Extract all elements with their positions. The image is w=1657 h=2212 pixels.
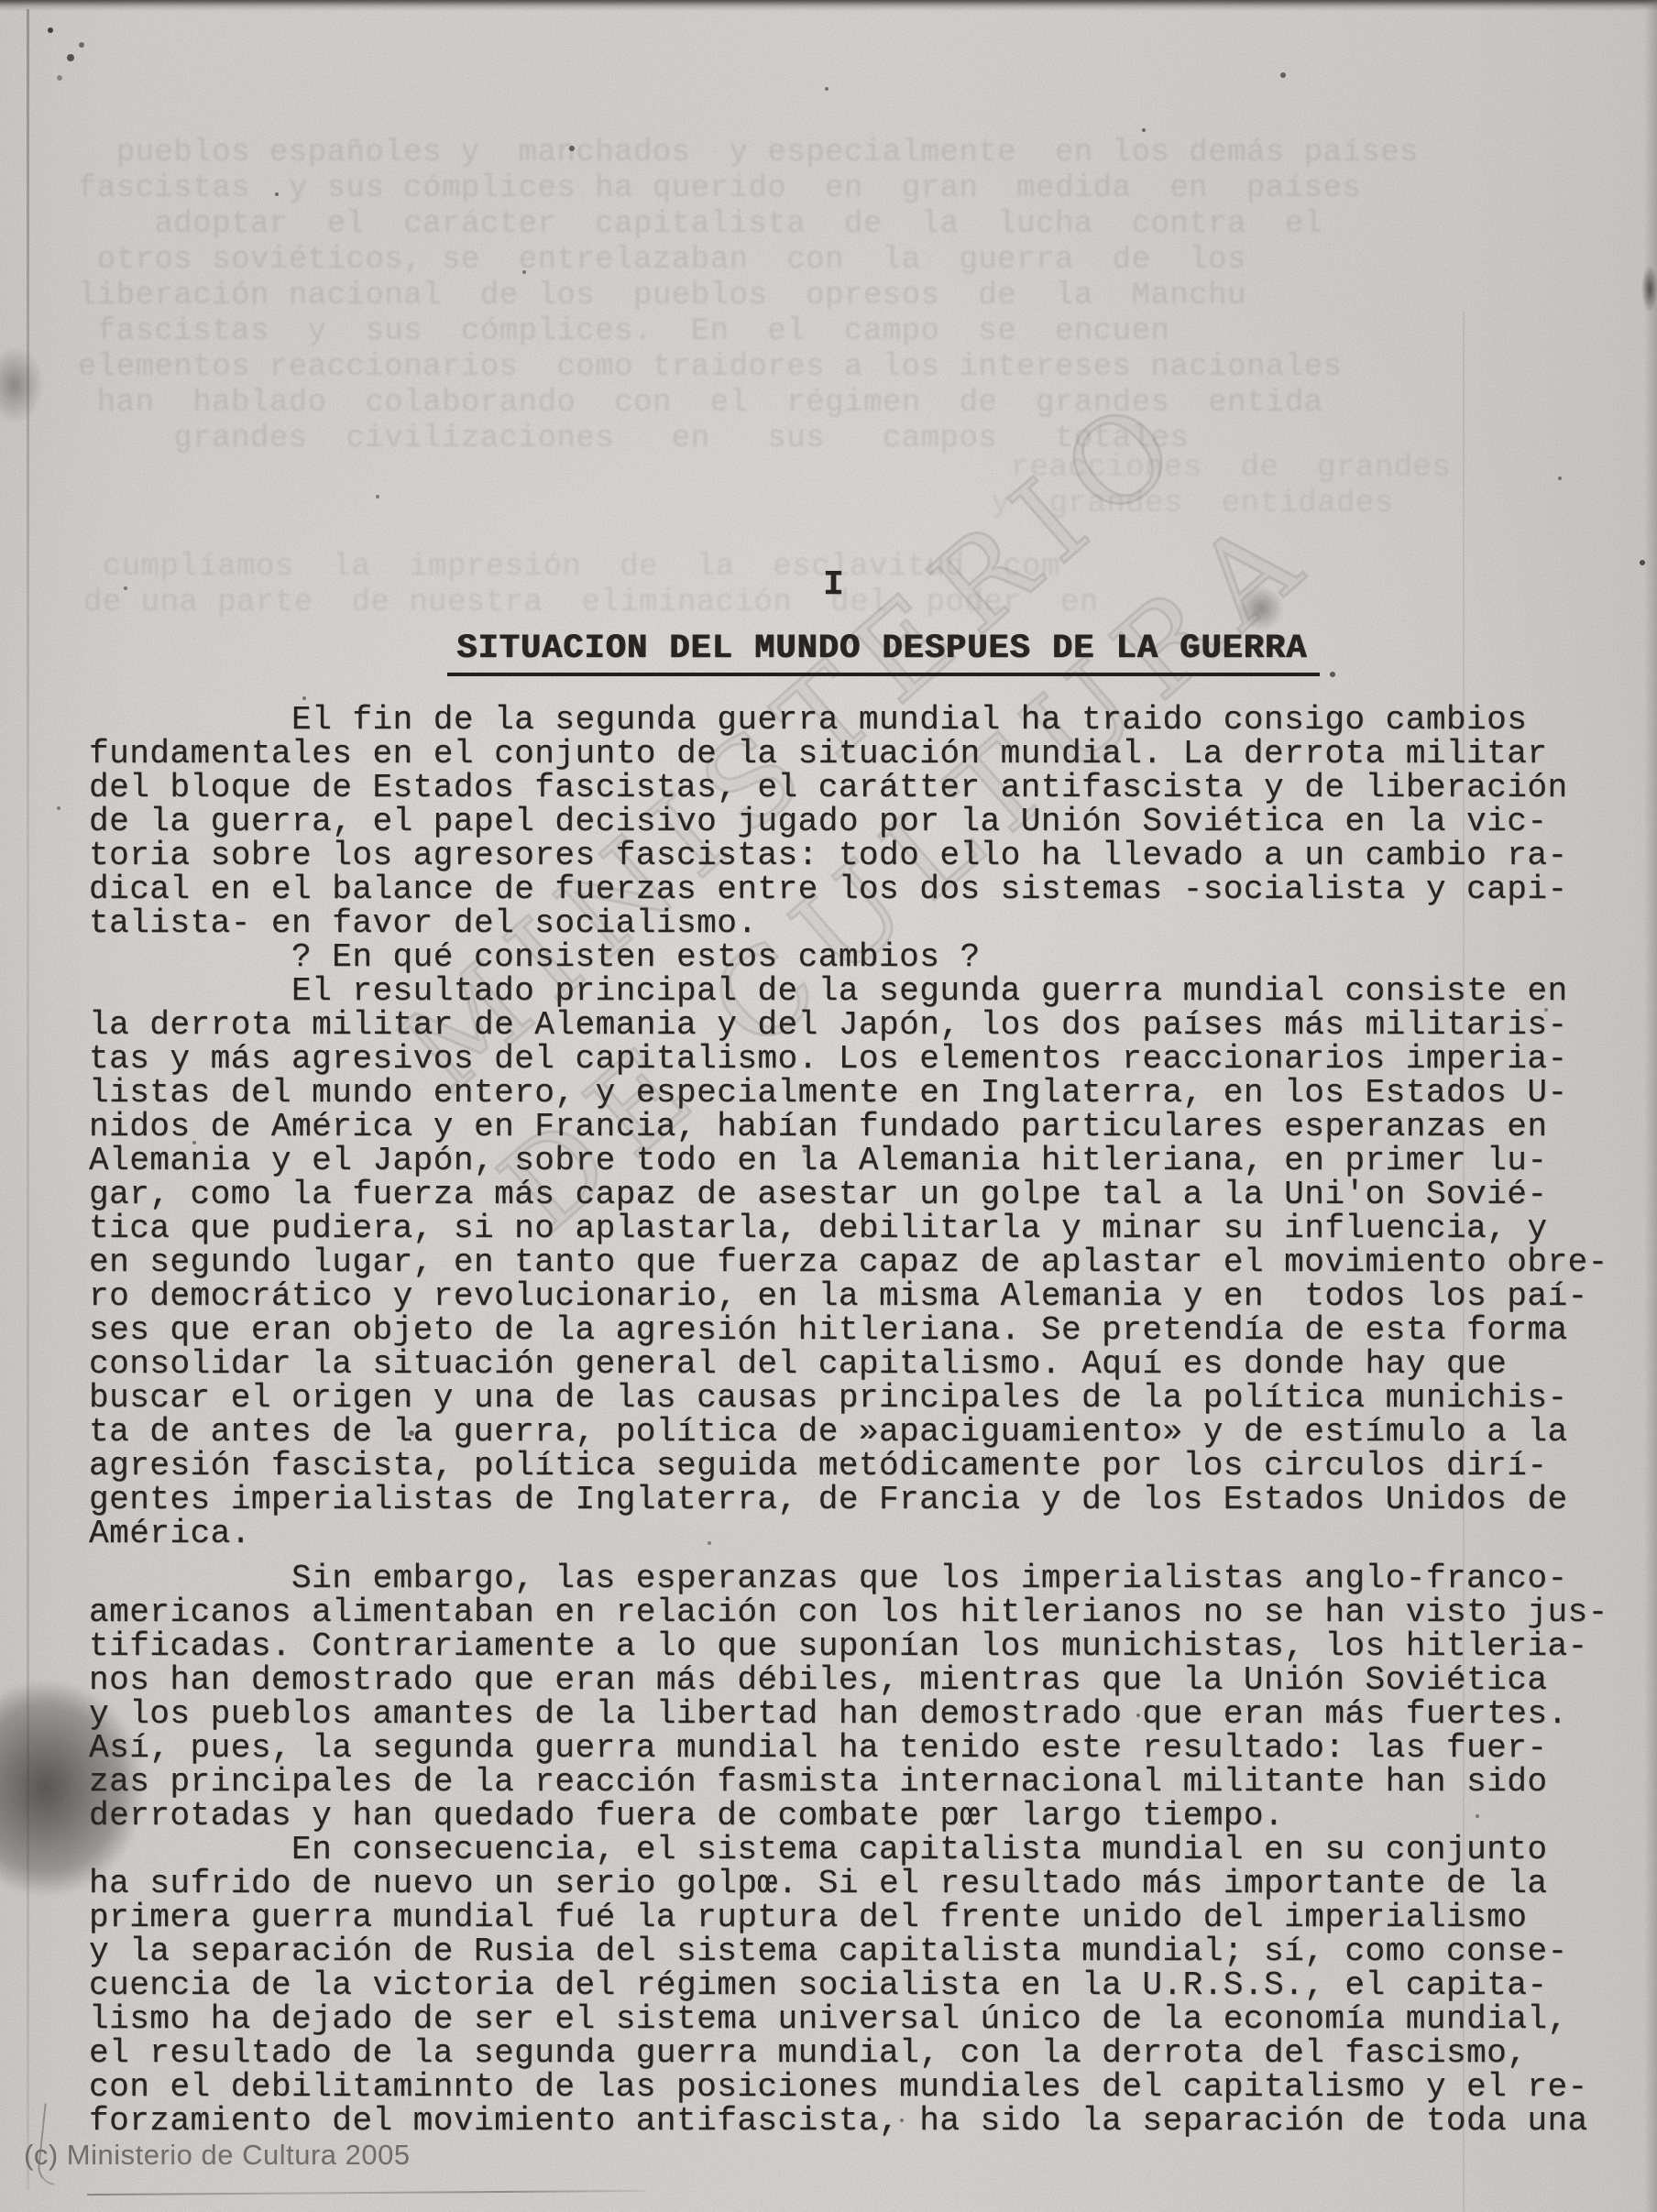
text-line: el resultado de la segunda guerra mundia… [89,2036,1615,2070]
text-line: América. [89,1517,1615,1550]
text-line: fascistas y sus cómplices ha querido en … [59,171,1617,207]
text-line: gar, como la fuerza más capaz de asestar… [89,1177,1615,1211]
text-line: de la guerra, el papel decisivo jugado p… [89,805,1615,838]
text-line: buscar el origen y una de las causas pri… [89,1381,1615,1415]
paragraph-2: El resultado principal de la segunda gue… [89,974,1615,1550]
text-line: y la separación de Rusia del sistema cap… [89,1934,1615,1968]
text-line: toria sobre los agresores fascistas: tod… [89,838,1615,872]
scan-right-edge [1644,0,1657,2212]
text-line: fundamentales en el conjunto de la situa… [89,737,1615,771]
scan-top-edge [0,0,1657,11]
text-line: en segundo lugar, en tanto que fuerza ca… [89,1245,1615,1279]
text-line: consolidar la situación general del capi… [89,1347,1615,1381]
text-line: elementos reaccionarios como traidores a… [59,350,1617,386]
text-line: pueblos españoles y manchados y especial… [59,136,1617,171]
paragraph-4: En consecuencia, el sistema capitalista … [89,1833,1615,2138]
text-line: liberación nacional de los pueblos opres… [59,279,1617,314]
text-line: primera guerra mundial fué la ruptura de… [89,1900,1615,1934]
ink-stain-right-edge [1639,257,1657,321]
paragraph-3: Sin embargo, las esperanzas que los impe… [89,1561,1615,1833]
text-line: con el debilitaminnto de las posiciones … [89,2070,1615,2104]
text-line: de una parte de nuestra eliminación del … [64,586,1072,621]
text-line: lismo ha dejado de ser el sistema univer… [89,2002,1615,2036]
text-line: la derrota militar de Alemania y del Jap… [89,1008,1615,1042]
text-line: talista- en favor del socialismo. [89,906,1615,940]
text-line: Alemania y el Japón, sobre todo en la Al… [89,1144,1615,1177]
text-line: nos han demostrado que eran más débiles,… [89,1663,1615,1697]
text-line: adoptar el carácter capitalista de la lu… [59,207,1617,243]
text-line: tas y más agresivos del capitalismo. Los… [89,1042,1615,1076]
text-line: ses que eran objeto de la agresión hitle… [89,1313,1615,1347]
text-line: fascistas y sus cómplices. En el campo s… [59,314,1617,350]
text-line: ro democrático y revolucionario, en la m… [89,1279,1615,1313]
text-line: tica que pudiera, si no aplastarla, debi… [89,1211,1615,1245]
text-line: forzamiento del movimiento antifascista,… [89,2104,1615,2138]
text-line: zas principales de la reacción fasmista … [89,1765,1615,1799]
text-line: ta de antes de la guerra, política de »a… [89,1415,1615,1449]
bleedthrough-text-top: pueblos españoles y manchados y especial… [59,136,1617,457]
text-line: han hablado colaborando con el régimen d… [59,386,1617,422]
document-title: SITUACION DEL MUNDO DESPUES DE LA GUERRA [447,632,1320,676]
text-line: cuencia de la victoria del régimen socia… [89,1968,1615,2002]
text-line: ? En qué consisten estos cambios ? [89,940,1615,974]
bleedthrough-text-right: reacciones de grandes y grandes entidade… [953,451,1595,522]
text-line: reacciones de grandes [953,451,1595,487]
text-line: derrotadas y han quedado fuera de combat… [89,1799,1615,1833]
text-line: otros soviéticos, se entrelazaban con la… [59,243,1617,279]
text-line: Así, pues, la segunda guerra mundial ha … [89,1731,1615,1765]
bleedthrough-text-mid: cumplíamos la impresión de la esclavitud… [64,550,1072,621]
text-line: listas del mundo entero, y especialmente… [89,1076,1615,1110]
section-number: I [823,568,844,602]
scattered-ink-specks [0,0,4,4]
copyright-notice: (c) Ministerio de Cultura 2005 [24,2139,411,2172]
text-line: En consecuencia, el sistema capitalista … [89,1833,1615,1867]
text-line: El resultado principal de la segunda gue… [89,974,1615,1008]
text-line: y grandes entidades [953,487,1595,522]
text-line: dical en el balance de fuerzas entre los… [89,872,1615,906]
text-line: ha sufrido de nuevo un serio golpœ. Si e… [89,1867,1615,1900]
text-line: El fin de la segunda guerra mundial ha t… [89,703,1615,737]
scanned-document-page: pueblos españoles y manchados y especial… [0,0,1657,2212]
ink-specks-top-left [48,27,53,33]
text-line: y los pueblos amantes de la libertad han… [89,1697,1615,1731]
paragraph-1: El fin de la segunda guerra mundial ha t… [89,703,1615,974]
text-line: americanos alimentaban en relación con l… [89,1595,1615,1629]
text-line: cumplíamos la impresión de la esclavitud… [64,550,1072,586]
text-line: agresión fascista, política seguida metó… [89,1449,1615,1483]
text-line: nidos de América y en Francia, habían fu… [89,1110,1615,1144]
scratch-line-bottom [87,2190,646,2196]
text-line: tificadas. Contrariamente a lo que supon… [89,1629,1615,1663]
text-line: Sin embargo, las esperanzas que los impe… [89,1561,1615,1595]
text-line: del bloque de Estados fascistas, el cará… [89,771,1615,805]
text-line: gentes imperialistas de Inglaterra, de F… [89,1483,1615,1517]
ink-stain-left-upper [0,330,64,440]
